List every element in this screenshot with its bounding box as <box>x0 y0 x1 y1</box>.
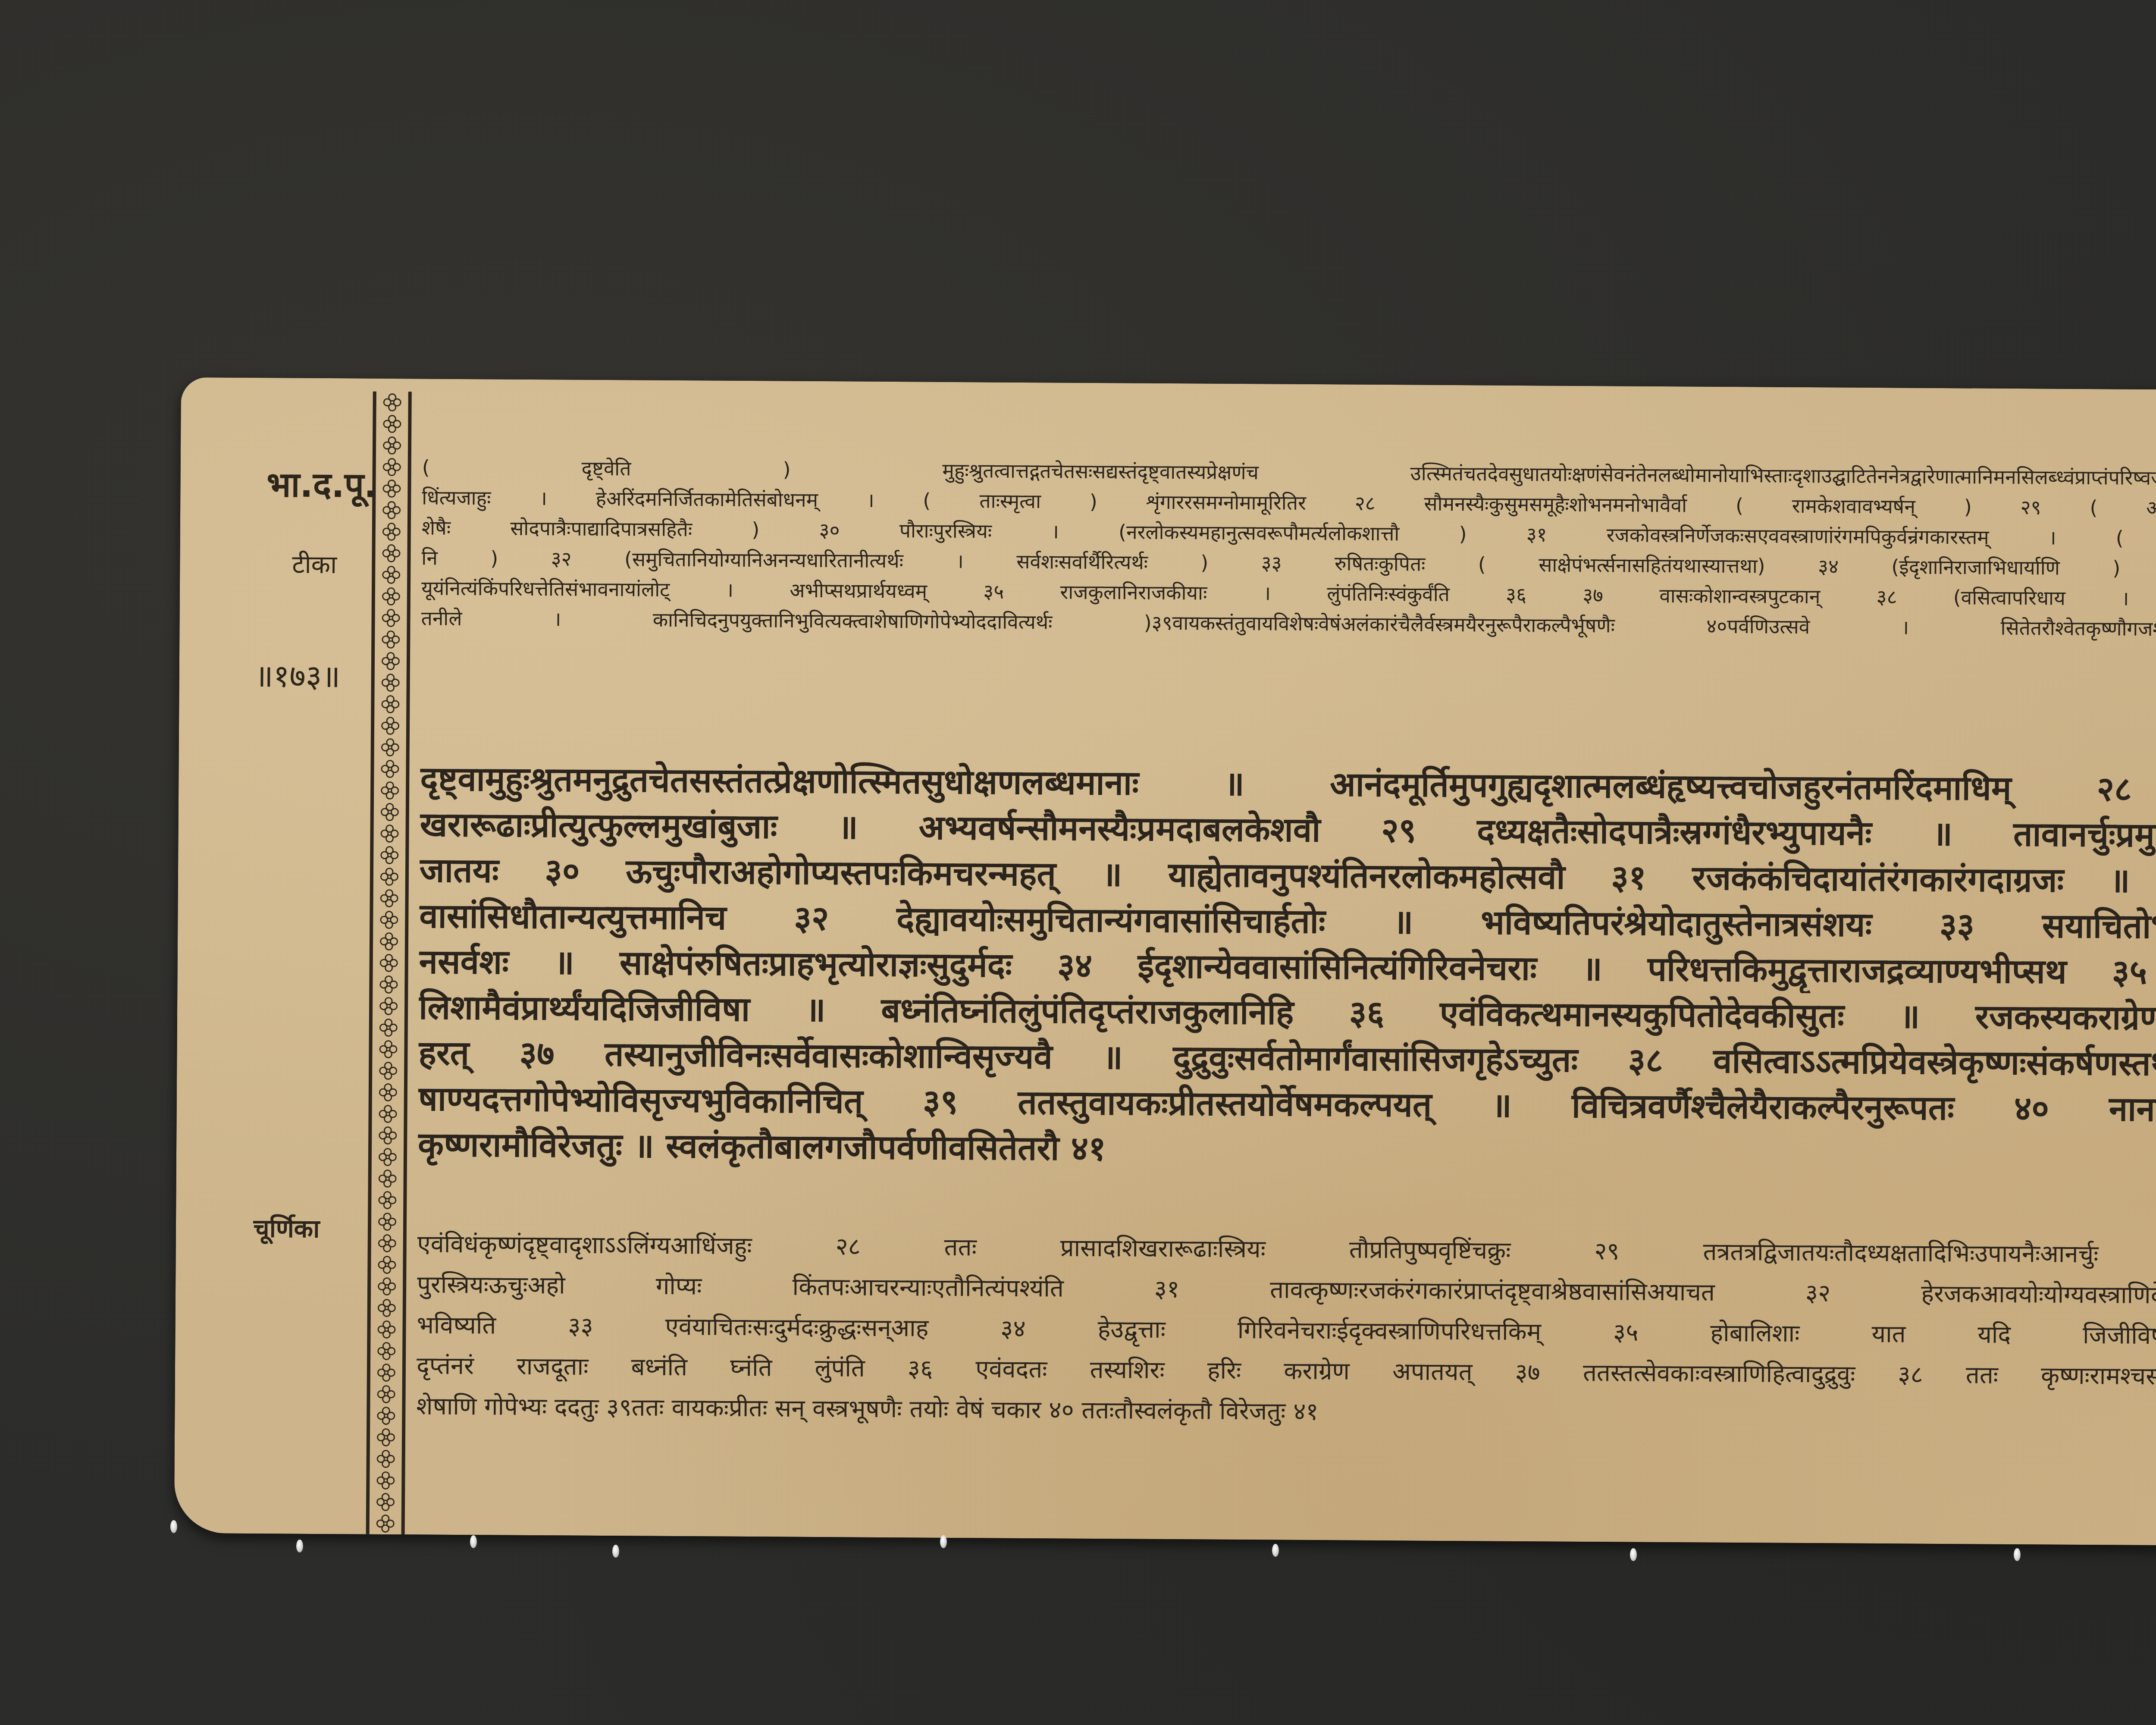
quatrefoil-icon <box>381 651 401 671</box>
quatrefoil-icon <box>379 888 399 908</box>
gloss-label: चूर्णिका <box>254 1210 320 1245</box>
quatrefoil-icon <box>382 436 402 455</box>
quatrefoil-icon <box>376 1492 395 1512</box>
left-margin: भा.द.पू. टीका ॥१७३॥ चूर्णिका <box>174 377 371 1534</box>
commentary-block: ( दृष्ट्वेति ) मुहुःश्रुतत्वात्तद्गतचेतस… <box>421 452 2156 645</box>
quatrefoil-icon <box>378 1169 398 1189</box>
quatrefoil-icon <box>379 953 399 973</box>
quatrefoil-icon <box>377 1190 397 1210</box>
mounting-pin <box>1272 1544 1279 1557</box>
quatrefoil-icon <box>378 1061 398 1081</box>
quatrefoil-icon <box>381 543 401 563</box>
quatrefoil-icon <box>376 1471 395 1490</box>
quatrefoil-icon <box>382 414 402 434</box>
quatrefoil-icon <box>382 392 402 412</box>
quatrefoil-icon <box>378 1126 398 1145</box>
quatrefoil-icon <box>379 996 398 1016</box>
quatrefoil-icon <box>377 1276 397 1296</box>
manuscript-leaf: भा.द.पू. टीका ॥१७३॥ चूर्णिका ( दृष्ट्वेत… <box>174 377 2156 1548</box>
quatrefoil-icon <box>382 500 401 520</box>
mounting-pin <box>1630 1548 1637 1561</box>
mounting-pin <box>2014 1548 2021 1561</box>
quatrefoil-icon <box>377 1212 397 1232</box>
quatrefoil-icon <box>376 1406 396 1426</box>
mounting-pin <box>470 1535 477 1548</box>
quatrefoil-icon <box>381 586 401 606</box>
quatrefoil-icon <box>380 694 400 714</box>
quatrefoil-icon <box>380 781 400 800</box>
quatrefoil-icon <box>378 1082 398 1102</box>
verses-block: दृष्ट्वामुहुःश्रुतमनुद्रुतचेतसस्तंतत्प्र… <box>418 756 2156 1179</box>
left-ornamental-border <box>366 392 412 1535</box>
quatrefoil-icon <box>382 479 401 499</box>
mounting-pin <box>170 1520 177 1533</box>
quatrefoil-icon <box>382 522 401 542</box>
quatrefoil-icon <box>379 975 398 994</box>
gloss-block: एवंविधंकृष्णंदृष्ट्वादृशाऽऽलिंग्यआधिंजहु… <box>416 1224 2156 1438</box>
quatrefoil-icon <box>376 1449 396 1469</box>
quatrefoil-icon <box>379 931 399 951</box>
mounting-pin <box>612 1545 619 1558</box>
quatrefoil-icon <box>379 824 399 844</box>
quatrefoil-icon <box>381 565 401 585</box>
quatrefoil-icon <box>376 1320 396 1339</box>
quatrefoil-icon <box>376 1363 396 1383</box>
quatrefoil-icon <box>380 716 400 736</box>
quatrefoil-icon <box>381 630 401 649</box>
quatrefoil-icon <box>377 1233 397 1253</box>
quatrefoil-icon <box>376 1427 396 1447</box>
quatrefoil-icon <box>381 673 401 693</box>
quatrefoil-icon <box>376 1341 396 1361</box>
quatrefoil-icon <box>378 1147 398 1167</box>
mounting-pin <box>940 1535 947 1548</box>
page-number-left: ॥१७३॥ <box>254 654 340 696</box>
quatrefoil-icon <box>376 1514 395 1534</box>
commentary-label: टीका <box>292 546 337 581</box>
quatrefoil-icon <box>378 1104 398 1124</box>
quatrefoil-icon <box>376 1384 396 1404</box>
quatrefoil-icon <box>379 1018 398 1038</box>
quatrefoil-icon <box>381 608 401 628</box>
quatrefoil-icon <box>379 867 399 887</box>
quatrefoil-icon <box>380 737 400 757</box>
quatrefoil-icon <box>379 845 399 865</box>
mounting-pin <box>296 1540 303 1552</box>
quatrefoil-icon <box>379 910 399 930</box>
book-abbreviation: भा.द.पू. <box>266 460 377 508</box>
quatrefoil-icon <box>380 759 400 779</box>
quatrefoil-icon <box>380 802 400 822</box>
quatrefoil-icon <box>377 1298 397 1318</box>
quatrefoil-icon <box>377 1255 397 1275</box>
quatrefoil-icon <box>378 1039 398 1059</box>
quatrefoil-icon <box>382 457 402 477</box>
